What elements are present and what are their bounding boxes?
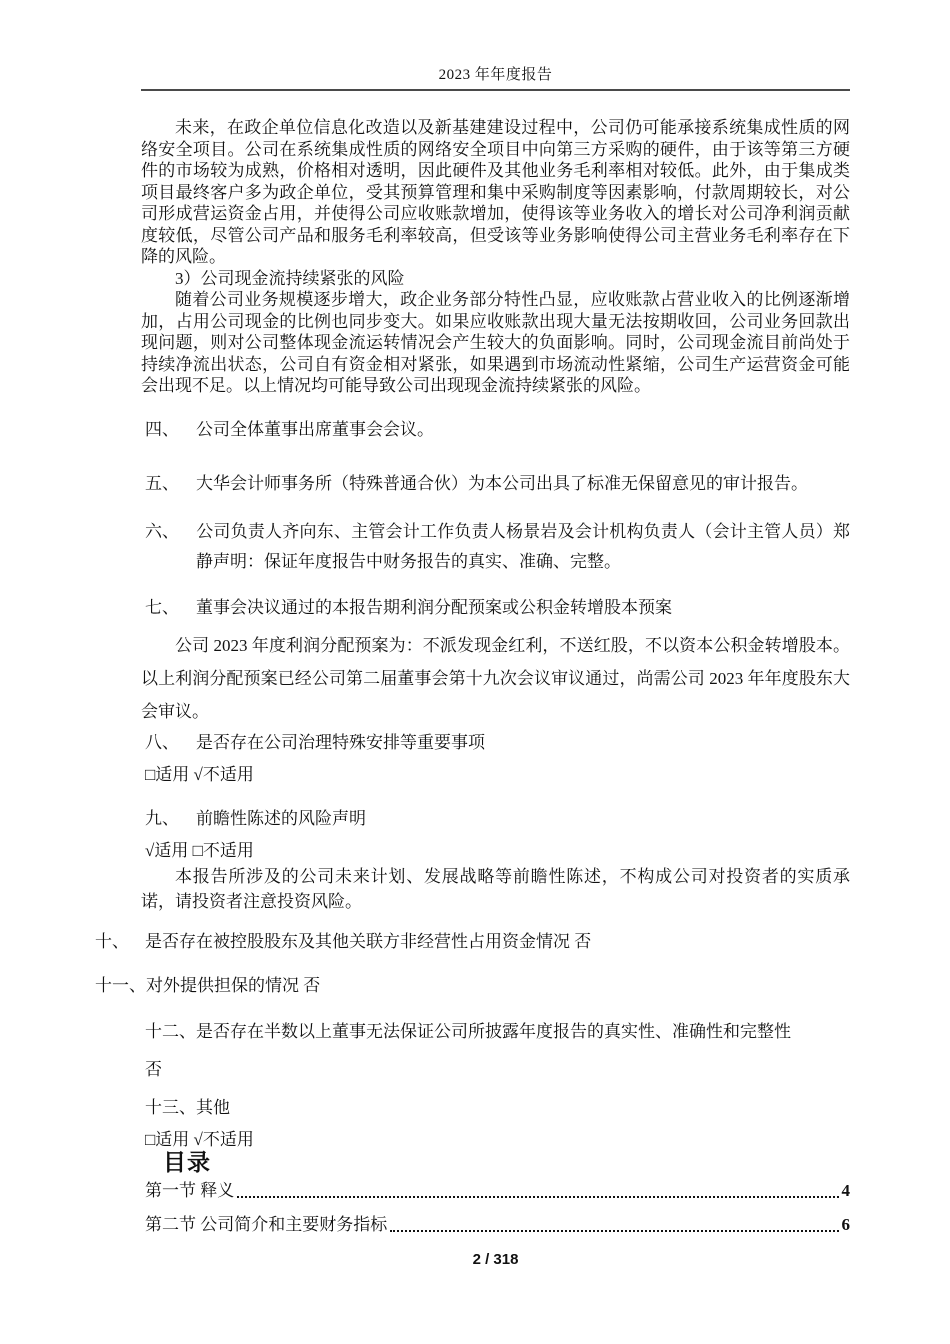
section-item-6: 六、公司负责人齐向东、主管会计工作负责人杨景岩及会计机构负责人（会计主管人员）郑… [145, 517, 850, 577]
section-number: 四、 [145, 415, 196, 445]
section-item-5: 五、大华会计师事务所（特殊普通合伙）为本公司出具了标准无保留意见的审计报告。 [145, 469, 850, 499]
toc-entry-title[interactable]: 第二节 公司简介和主要财务指标 [145, 1213, 387, 1237]
section-number: 七、 [145, 593, 196, 623]
section-item-10: 十、是否存在被控股股东及其他关联方非经营性占用资金情况 否 [95, 927, 850, 957]
section-text: 是否存在公司治理特殊安排等重要事项 [196, 733, 485, 752]
toc-entry-2[interactable]: 第二节 公司简介和主要财务指标 6 [145, 1213, 850, 1237]
section-item-11: 十一、对外提供担保的情况 否 [95, 971, 850, 1001]
report-title: 2023 年年度报告 [439, 67, 553, 83]
section-text: 大华会计师事务所（特殊普通合伙）为本公司出具了标准无保留意见的审计报告。 [196, 474, 808, 493]
section-text: 公司负责人齐向东、主管会计工作负责人杨景岩及会计机构负责人（会计主管人员）郑静声… [196, 522, 850, 571]
toc-dot-leader [390, 1230, 838, 1232]
section-number: 十一、 [95, 976, 146, 995]
toc-entry-page[interactable]: 6 [842, 1213, 851, 1237]
section-item-9: 九、前瞻性陈述的风险声明 [145, 804, 850, 834]
report-page: 2023 年年度报告 未来，在政企单位信息化改造以及新基建建设过程中，公司仍可能… [0, 0, 950, 1344]
applicability-line-applicable: √适用 □不适用 [145, 836, 850, 866]
toc-entry-title[interactable]: 第一节 释义 [145, 1179, 234, 1203]
section-text: 其他 [196, 1098, 230, 1117]
section-number: 九、 [145, 804, 196, 834]
section-text: 是否存在半数以上董事无法保证公司所披露年度报告的真实性、准确性和完整性 [196, 1022, 791, 1041]
section-number: 六、 [145, 517, 196, 547]
section-number: 十二、 [145, 1022, 196, 1041]
section-item-7: 七、董事会决议通过的本报告期利润分配预案或公积金转增股本预案 [145, 593, 850, 623]
toc-dot-leader [237, 1196, 838, 1198]
section-text: 是否存在被控股股东及其他关联方非经营性占用资金情况 否 [145, 932, 591, 951]
toc-entry-1[interactable]: 第一节 释义 4 [145, 1179, 850, 1203]
paragraph-integration-risk: 未来，在政企单位信息化改造以及新基建建设过程中，公司仍可能承接系统集成性质的网络… [141, 117, 850, 268]
page-number-indicator: 2 / 318 [473, 1251, 519, 1268]
toc-heading: 目录 [163, 1149, 850, 1177]
answer-no: 否 [145, 1055, 850, 1085]
section-text: 董事会决议通过的本报告期利润分配预案或公积金转增股本预案 [196, 598, 672, 617]
section-text: 前瞻性陈述的风险声明 [196, 809, 366, 828]
section-number: 八、 [145, 728, 196, 758]
page-content: 2023 年年度报告 未来，在政企单位信息化改造以及新基建建设过程中，公司仍可能… [0, 63, 950, 1268]
heading-cashflow-risk: 3）公司现金流持续紧张的风险 [141, 268, 850, 290]
paragraph-cashflow-risk: 随着公司业务规模逐步增大，政企业务部分特性凸显，应收账款占营业收入的比例逐渐增加… [141, 289, 850, 397]
section-number: 十、 [95, 927, 145, 957]
section-item-4: 四、公司全体董事出席董事会会议。 [145, 415, 850, 445]
section-text: 公司全体董事出席董事会会议。 [196, 420, 434, 439]
paragraph-dividend-plan: 公司 2023 年度利润分配预案为：不派发现金红利，不送红股，不以资本公积金转增… [141, 629, 850, 728]
section-text: 对外提供担保的情况 否 [146, 976, 320, 995]
section-number: 五、 [145, 469, 196, 499]
paragraph-forward-statement: 本报告所涉及的公司未来计划、发展战略等前瞻性陈述，不构成公司对投资者的实质承诺，… [141, 864, 850, 915]
page-footer: 2 / 318 [141, 1251, 850, 1268]
section-item-13: 十三、其他 [145, 1093, 850, 1123]
page-header: 2023 年年度报告 [141, 63, 850, 91]
toc-entry-page[interactable]: 4 [842, 1179, 851, 1203]
section-item-12: 十二、是否存在半数以上董事无法保证公司所披露年度报告的真实性、准确性和完整性 [145, 1017, 850, 1047]
section-item-8: 八、是否存在公司治理特殊安排等重要事项 [145, 728, 850, 758]
applicability-line-not-applicable: □适用 √不适用 [145, 760, 850, 790]
section-number: 十三、 [145, 1098, 196, 1117]
